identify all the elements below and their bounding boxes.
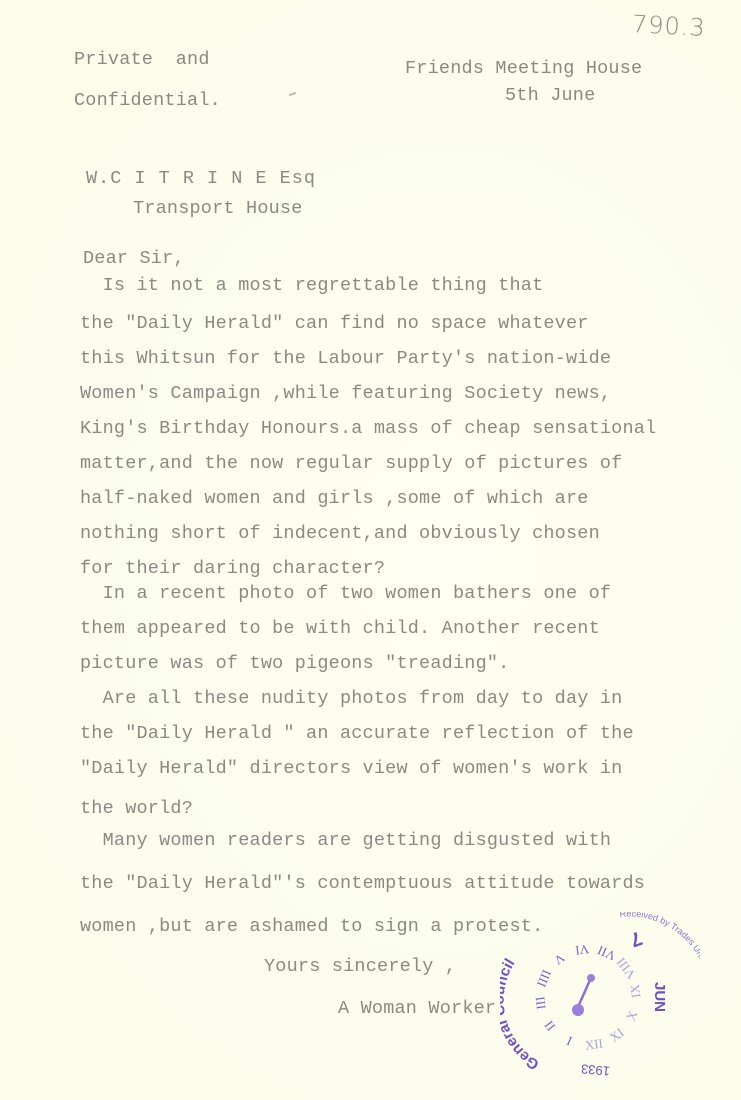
salutation: Dear Sir,	[83, 250, 185, 269]
received-date-stamp: General Council Received by Trades Union…	[500, 912, 700, 1082]
svg-text:VIII: VIII	[613, 955, 638, 982]
body-line: this Whitsun for the Labour Party's nati…	[80, 350, 611, 369]
svg-text:VI: VI	[574, 942, 589, 959]
letter-date: 5th June	[505, 87, 595, 106]
svg-text:JUN: JUN	[651, 982, 668, 1012]
body-line: them appeared to be with child. Another …	[80, 620, 600, 639]
pen-mark	[289, 92, 296, 96]
recipient-address: Transport House	[133, 200, 303, 219]
body-line: the "Daily Herald" can find no space wha…	[80, 315, 589, 334]
closing: Yours sincerely ,	[264, 958, 456, 977]
body-line: for their daring character?	[80, 560, 385, 579]
signature: A Woman Worker	[338, 1000, 496, 1019]
body-line: women ,but are ashamed to sign a protest…	[80, 918, 543, 937]
svg-text:VII: VII	[595, 943, 617, 964]
svg-text:III: III	[533, 995, 549, 1010]
archive-number: 790.3	[631, 10, 706, 42]
body-line: half-naked women and girls ,some of whic…	[80, 490, 589, 509]
svg-text:IIII: IIII	[534, 968, 555, 990]
body-line: Women's Campaign ,while featuring Societ…	[80, 385, 611, 404]
body-line: King's Birthday Honours.a mass of cheap …	[80, 420, 656, 439]
header-private: Private and	[74, 51, 210, 70]
svg-text:I: I	[565, 1033, 575, 1049]
body-line: the world?	[80, 800, 193, 819]
svg-text:XI: XI	[607, 1025, 627, 1045]
svg-text:General Council: General Council	[500, 956, 542, 1073]
letter-page: 790.3 Private and Confidential. Friends …	[0, 0, 741, 1100]
svg-text:1933: 1933	[580, 1061, 610, 1078]
header-confidential: Confidential.	[74, 92, 221, 111]
sender-address: Friends Meeting House	[405, 60, 642, 79]
body-line: Is it not a most regrettable thing that	[80, 277, 543, 296]
body-line: Many women readers are getting disgusted…	[80, 832, 611, 851]
body-line: matter,and the now regular supply of pic…	[80, 455, 623, 474]
body-line: "Daily Herald" directors view of women's…	[80, 760, 623, 779]
svg-text:IX: IX	[627, 983, 644, 999]
body-line: picture was of two pigeons "treading".	[80, 655, 509, 674]
recipient-name: W.C I T R I N E Esq	[86, 170, 316, 189]
svg-text:7: 7	[627, 926, 645, 950]
body-line: In a recent photo of two women bathers o…	[80, 585, 611, 604]
svg-text:XII: XII	[584, 1036, 604, 1053]
body-line: Are all these nudity photos from day to …	[80, 690, 623, 709]
body-line: the "Daily Herald " an accurate reflecti…	[80, 725, 634, 744]
svg-text:II: II	[542, 1018, 559, 1034]
svg-text:V: V	[551, 950, 568, 968]
body-line: the "Daily Herald"'s contemptuous attitu…	[80, 875, 645, 894]
body-line: nothing short of indecent,and obviously …	[80, 525, 600, 544]
svg-text:X: X	[623, 1008, 641, 1023]
